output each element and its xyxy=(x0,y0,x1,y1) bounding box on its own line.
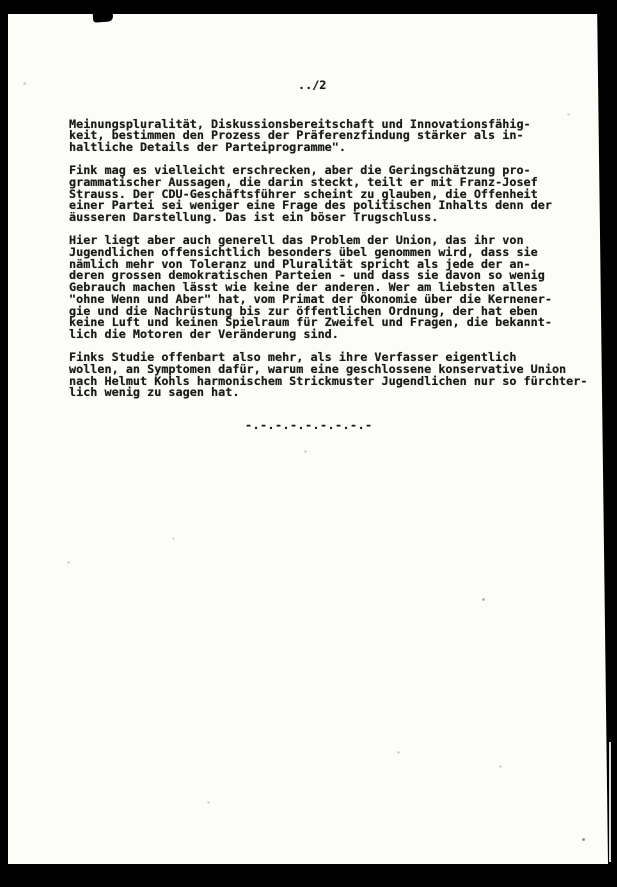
paragraph-3: Hier liegt aber auch generell das Proble… xyxy=(69,235,589,340)
paragraph-2: Fink mag es vielleicht erschrecken, aber… xyxy=(69,165,589,224)
page-number-marker: ../2 xyxy=(298,80,589,92)
scanned-document-screenshot: { "document": { "page_marker": "../2", "… xyxy=(0,0,617,887)
paragraph-1: Meinungspluralität, Diskussionsbereitsch… xyxy=(69,119,589,154)
paragraph-4: Finks Studie offenbart also mehr, als ih… xyxy=(69,352,589,399)
scan-edge-blob xyxy=(93,11,114,22)
scan-noise-specks xyxy=(8,14,9,15)
document-page: ../2 Meinungspluralität, Diskussionsbere… xyxy=(8,14,608,864)
page-content: ../2 Meinungspluralität, Diskussionsbere… xyxy=(69,14,589,432)
scan-artifact-line xyxy=(609,742,611,862)
section-divider: -.-.-.-.-.-.-.-.- xyxy=(245,420,589,432)
